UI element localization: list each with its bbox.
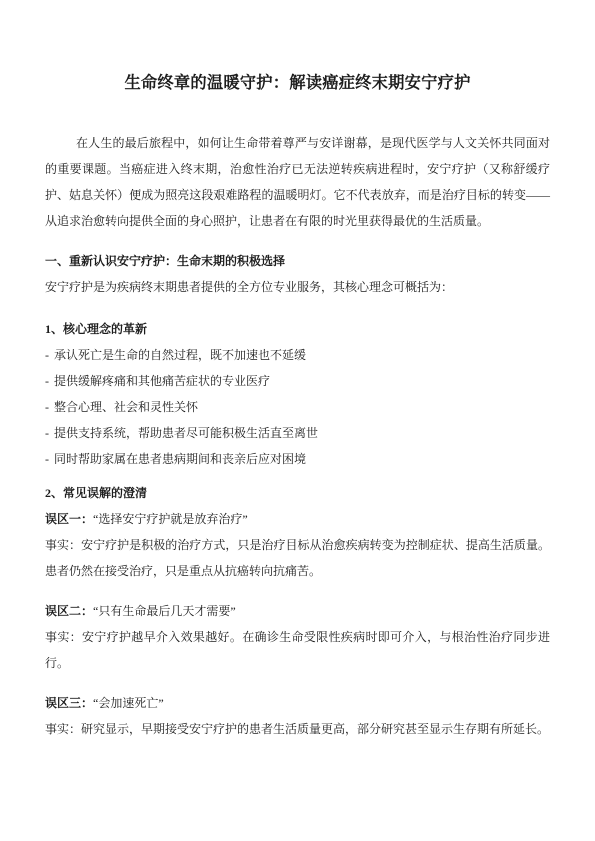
document-page: 生命终章的温暖守护：解读癌症终末期安宁疗护 在人生的最后旅程中，如何让生命带着尊… xyxy=(0,0,595,841)
myth-1-label: 误区一： xyxy=(45,512,93,526)
myth-3-claim-line: 误区三：“会加速死亡” xyxy=(45,690,550,716)
myth-2-fact-text: 安宁疗护越早介入效果越好。在确诊生命受限性疾病时即可介入，与根治性治疗同步进行。 xyxy=(45,630,550,670)
list-item-text: 承认死亡是生命的自然过程，既不加速也不延缓 xyxy=(54,348,306,362)
myth-3-fact-text: 研究显示，早期接受安宁疗护的患者生活质量更高，部分研究甚至显示生存期有所延长。 xyxy=(81,722,549,736)
myth-1-fact-label: 事实： xyxy=(45,538,81,552)
list-item-text: 提供缓解疼痛和其他痛苦症状的专业医疗 xyxy=(54,374,270,388)
myth-3-claim: “会加速死亡” xyxy=(93,696,164,710)
section-1-lead: 安宁疗护是为疾病终末期患者提供的全方位专业服务，其核心理念可概括为： xyxy=(45,274,550,300)
myth-3-block: 误区三：“会加速死亡” 事实：研究显示，早期接受安宁疗护的患者生活质量更高，部分… xyxy=(45,690,550,742)
list-item: -整合心理、社会和灵性关怀 xyxy=(45,394,550,420)
list-item-text: 同时帮助家属在患者患病期间和丧亲后应对困境 xyxy=(54,452,306,466)
myth-1-claim: “选择安宁疗护就是放弃治疗” xyxy=(93,512,248,526)
myth-3-label: 误区三： xyxy=(45,696,93,710)
myth-3-fact-line: 事实：研究显示，早期接受安宁疗护的患者生活质量更高，部分研究甚至显示生存期有所延… xyxy=(45,716,550,742)
document-title: 生命终章的温暖守护：解读癌症终末期安宁疗护 xyxy=(45,72,550,94)
list-item: -提供支持系统，帮助患者尽可能积极生活直至离世 xyxy=(45,420,550,446)
subsection-misconceptions-heading: 2、常见误解的澄清 xyxy=(45,480,550,506)
myth-1-block: 误区一：“选择安宁疗护就是放弃治疗” 事实：安宁疗护是积极的治疗方式，只是治疗目… xyxy=(45,506,550,584)
myth-2-block: 误区二：“只有生命最后几天才需要” 事实：安宁疗护越早介入效果越好。在确诊生命受… xyxy=(45,598,550,676)
myth-1-fact-text: 安宁疗护是积极的治疗方式，只是治疗目标从治愈疾病转变为控制症状、提高生活质量。患… xyxy=(45,538,550,578)
subsection-core-principles-heading: 1、核心理念的革新 xyxy=(45,316,550,342)
list-item-text: 提供支持系统，帮助患者尽可能积极生活直至离世 xyxy=(54,426,318,440)
myth-2-label: 误区二： xyxy=(45,604,93,618)
bullet-dash: - xyxy=(45,368,49,394)
list-item-text: 整合心理、社会和灵性关怀 xyxy=(54,400,198,414)
myth-2-fact-label: 事实： xyxy=(45,630,82,644)
myth-1-claim-line: 误区一：“选择安宁疗护就是放弃治疗” xyxy=(45,506,550,532)
bullet-dash: - xyxy=(45,394,49,420)
list-item: -承认死亡是生命的自然过程，既不加速也不延缓 xyxy=(45,342,550,368)
myth-3-fact-label: 事实： xyxy=(45,722,81,736)
bullet-dash: - xyxy=(45,420,49,446)
myth-2-claim-line: 误区二：“只有生命最后几天才需要” xyxy=(45,598,550,624)
myth-2-claim: “只有生命最后几天才需要” xyxy=(93,604,236,618)
list-item: -提供缓解疼痛和其他痛苦症状的专业医疗 xyxy=(45,368,550,394)
myth-2-fact-line: 事实：安宁疗护越早介入效果越好。在确诊生命受限性疾病时即可介入，与根治性治疗同步… xyxy=(45,624,550,676)
bullet-dash: - xyxy=(45,446,49,472)
bullet-dash: - xyxy=(45,342,49,368)
myth-1-fact-line: 事实：安宁疗护是积极的治疗方式，只是治疗目标从治愈疾病转变为控制症状、提高生活质… xyxy=(45,532,550,584)
core-principles-list: -承认死亡是生命的自然过程，既不加速也不延缓 -提供缓解疼痛和其他痛苦症状的专业… xyxy=(45,342,550,472)
list-item: -同时帮助家属在患者患病期间和丧亲后应对困境 xyxy=(45,446,550,472)
intro-paragraph: 在人生的最后旅程中，如何让生命带着尊严与安详谢幕，是现代医学与人文关怀共同面对的… xyxy=(45,130,550,234)
section-1-heading: 一、重新认识安宁疗护：生命末期的积极选择 xyxy=(45,248,550,274)
